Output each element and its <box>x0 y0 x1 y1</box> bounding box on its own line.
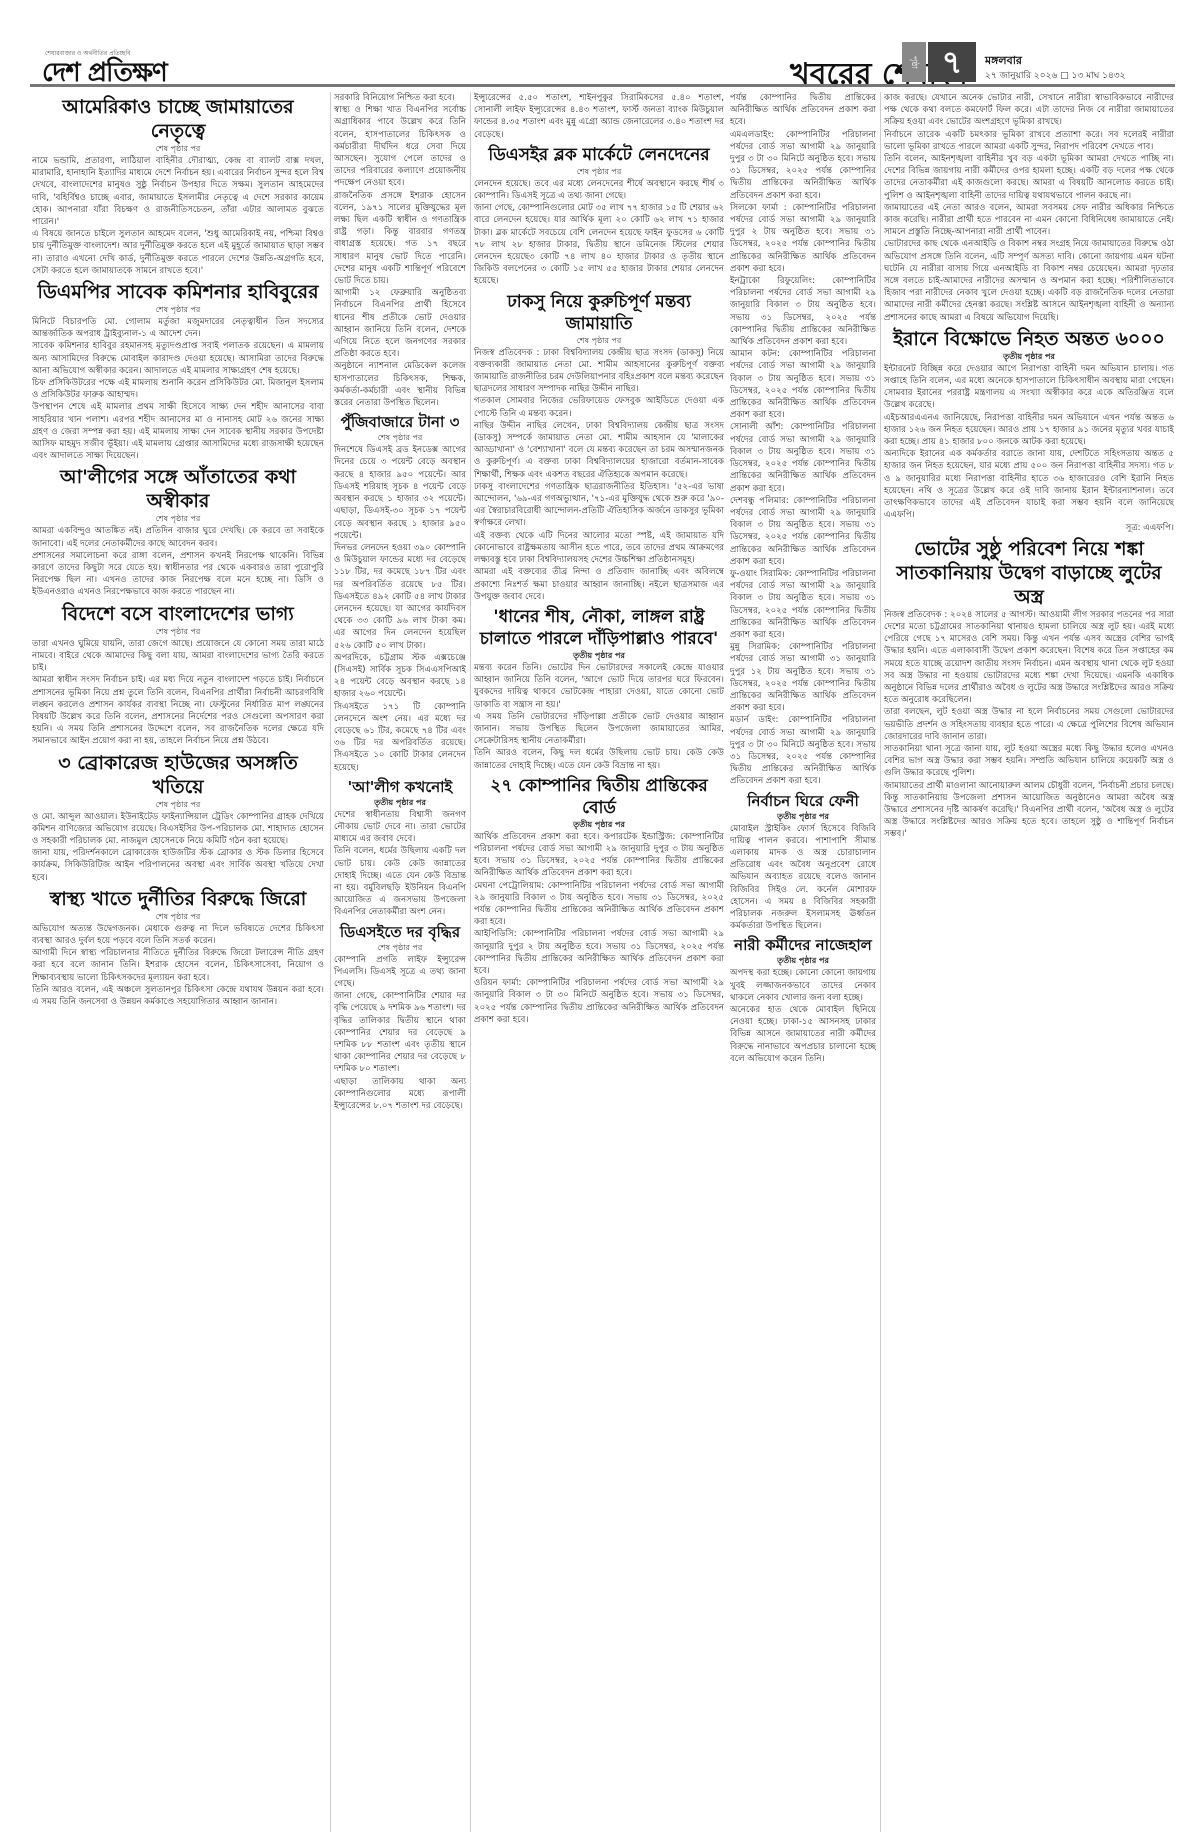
paragraph: কোম্পানি প্রগতি লাইফ ইন্স্যুরেন্স পিএলসি… <box>334 954 466 991</box>
paragraph: সোনালী আঁশ: কোম্পানিটির পরিচালনা পর্ষদের… <box>730 421 876 494</box>
continued-label: শেষ পৃষ্ঠার পর <box>32 799 324 810</box>
headline: আমেরিকাও চাচ্ছে জামায়াতের নেতৃত্বে <box>32 95 324 143</box>
continued-label: তৃতীয় পৃষ্ঠার পর <box>474 819 724 830</box>
headline: নির্বাচন ঘিরে ফেনী <box>730 791 876 811</box>
paragraph: লেনদেন হয়েছে। তবে এর মধ্যে লেনদেনের শীর… <box>474 178 724 202</box>
article-health: স্বাস্থ্য খাতে দুর্নীতির বিরুদ্ধে জিরো শ… <box>32 887 324 1008</box>
column-4: পর্যন্ত কোম্পানির দ্বিতীয় প্রান্তিকের অ… <box>730 92 876 1837</box>
paragraph: ইন্টারনেট বিচ্ছিন্ন করে দেওয়ার আগে নিরা… <box>884 363 1174 412</box>
column-3: ইন্স্যুরেন্সের ৫.৫০ শতাংশ, শাইনপুকুর সির… <box>474 92 724 1837</box>
paragraph: গতকাল সোমবার নিজের ভেরিফায়েড ফেসবুক আইড… <box>474 395 724 419</box>
continued-label: শেষ পৃষ্ঠার পর <box>474 335 724 346</box>
continued-label: শেষ পৃষ্ঠার পর <box>32 143 324 154</box>
headline: বিদেশে বসে বাংলাদেশের ভাগ্য <box>32 602 324 626</box>
article-satkania: ভোটের সুষ্ঠু পরিবেশ নিয়ে শঙ্কা সাতকানিয… <box>884 537 1174 841</box>
paragraph: দেশের স্বাধীনতায় বিশ্বাসী জনগণ নৌকায় ভ… <box>334 809 466 846</box>
paragraph: নিজস্ব প্রতিবেদক : ২০২৪ সালের ৫ আগস্ট। আ… <box>884 609 1174 707</box>
page-number: ৭ <box>928 42 976 82</box>
paragraph: এ সময় তিনি ভোটারদের দাঁড়িপাল্লা প্রতীক… <box>474 711 724 748</box>
paragraph: প্রশাসনের সমালোচনা করে রাঙ্গা বলেন, প্রশ… <box>32 550 324 599</box>
continued-label: শেষ পৃষ্ঠার পর <box>32 911 324 922</box>
continued-label: শেষ পৃষ্ঠার পর <box>334 432 466 443</box>
paragraph: মোবাইল স্ট্রাইকিং ফোর্স হিসেবে বিজিবি দা… <box>730 823 876 933</box>
article-company-notices: পর্যন্ত কোম্পানির দ্বিতীয় প্রান্তিকের অ… <box>730 92 876 788</box>
article-dse-top: ইন্স্যুরেন্সের ৫.৫০ শতাংশ, শাইনপুকুর সির… <box>474 92 724 141</box>
headline: ২৭ কোম্পানির দ্বিতীয় প্রান্তিকের বোর্ড <box>474 775 724 819</box>
article-paddy: 'ধানের শীষ, নৌকা, লাঙ্গল রাষ্ট্র চালাতে … <box>474 606 724 772</box>
headline: স্বাস্থ্য খাতে দুর্নীতির বিরুদ্ধে জিরো <box>32 887 324 911</box>
paragraph: অপদস্থ করা হচ্ছে। কোনো কোনো জায়গায় খুব… <box>730 967 876 1004</box>
paragraph: দিনশেষে ডিএসই ব্রড ইনডেক্স আগের দিনের চে… <box>334 444 466 542</box>
article-women: নারী কর্মীদের নাজেহাল তৃতীয় পৃষ্ঠার পর … <box>730 935 876 1065</box>
paragraph: মিনিটে বিচারপতি মো. গোলাম মর্তুজা মজুমদা… <box>32 316 324 340</box>
headline: ৩ ব্রোকারেজ হাউজের অসঙ্গতি খতিয়ে <box>32 751 324 799</box>
column-1: আমেরিকাও চাচ্ছে জামায়াতের নেতৃত্বে শেষ … <box>32 92 324 1837</box>
paragraph: তিনি আরও বলেন, কিছু দল ধর্মের উছিলায় ভো… <box>474 747 724 771</box>
continued-label: তৃতীয় পৃষ্ঠার পর <box>884 351 1174 362</box>
article-bnp-continued: সরকারি বিনিয়োগ নিশ্চিত করা হবে। স্বাস্থ… <box>334 92 466 409</box>
continued-label: তৃতীয় পৃষ্ঠার পর <box>730 955 876 966</box>
headline-secondary: সাতকানিয়ায় উদ্বেগ বাড়াচ্ছে লুটের অস্ত… <box>884 561 1174 609</box>
paragraph: উপস্থাপন শেষে এই মামলার প্রথম সাক্ষী হিস… <box>32 401 324 462</box>
column-divider <box>470 92 471 1832</box>
continued-label: শেষ পৃষ্ঠার পর <box>334 942 466 953</box>
paragraph: স্বাস্থ্য ও শিক্ষা খাত বিএনপির সর্বোচ্চ … <box>334 104 466 189</box>
paragraph: ওরিয়ন ফার্মা: কোম্পানিটির পরিচালনা পর্ষ… <box>474 977 724 1026</box>
newspaper-logo: দেশ প্রতিক্ষণ <box>42 52 167 96</box>
continued-label: শেষ পৃষ্ঠার পর <box>32 304 324 315</box>
paragraph: জামায়াতের এই নেতা আরও বলেন, আমরা সবসময়… <box>884 202 1174 239</box>
paragraph: নির্বাচনে তারেক একটি চমৎকার ভূমিকা রাখবে… <box>884 129 1174 153</box>
paragraph: জানা গেছে, কোম্পানিটির শেয়ার দর বৃদ্ধি … <box>334 990 466 1075</box>
paragraph: সিএসইতে ১৭১ টি কোম্পানি লেনদেনে অংশ নেয়… <box>334 701 466 774</box>
paragraph: মেঘনা পেট্রোলিয়াম: কোম্পানিটির পরিচালনা… <box>474 880 724 929</box>
paragraph: মডার্ন ডাইং: কোম্পানিটির পরিচালনা পর্ষদে… <box>730 714 876 787</box>
article-dse-rise: ডিএসইতে দর বৃদ্ধির শেষ পৃষ্ঠার পর কোম্পা… <box>334 922 466 1113</box>
paragraph: ইন্স্যুরেন্সের ৫.৫০ শতাংশ, শাইনপুকুর সির… <box>474 92 724 141</box>
paragraph: জামায়াতের প্রার্থী মাওলানা আনোয়ারুল আল… <box>884 780 1174 841</box>
article-bidesh: বিদেশে বসে বাংলাদেশের ভাগ্য শেষ পৃষ্ঠার … <box>32 602 324 748</box>
column-divider <box>880 92 881 1832</box>
article-al-cannot: 'আ'লীগ কখনোই তৃতীয় পৃষ্ঠার পর দেশের স্ব… <box>334 777 466 919</box>
source-credit: সূত্র: এএফপি। <box>884 522 1174 534</box>
paragraph: চিফ প্রসিকিউটরের পক্ষে এই মামলায় শুনানি… <box>32 377 324 401</box>
paragraph: জানা গেছে, কোম্পানিগুলোর মোট ৩৫ লাখ ৭৭ হ… <box>474 202 724 287</box>
paragraph: কাজ করছে। যেখানে অনেক ভোটার নারী, সেখানে… <box>884 92 1174 129</box>
article-second-quarter: ২৭ কোম্পানির দ্বিতীয় প্রান্তিকের বোর্ড … <box>474 775 724 1026</box>
paragraph: অনুষ্ঠানে ন্যাশনাল মেডিকেল কলেজ হাসপাতাল… <box>334 360 466 409</box>
paragraph: সরকারি বিনিয়োগ নিশ্চিত করা হবে। <box>334 92 466 104</box>
paragraph: আমরা একবিন্দুও আতঙ্কিত নই। প্রতিদিন বাজা… <box>32 525 324 549</box>
article-women-right: কাজ করছে। যেখানে অনেক ভোটার নারী, সেখানে… <box>884 92 1174 324</box>
paragraph: দিনভর লেনদেন হওয়া ৩৯০ কোম্পানি ও মিউচুয… <box>334 542 466 652</box>
continued-label: শেষ পৃষ্ঠার পর <box>32 513 324 524</box>
paragraph: এই বক্তব্য থেকে এটি দিনের আলোর মতো স্পষ্… <box>474 530 724 567</box>
column-divider <box>330 92 331 1832</box>
paragraph: ইনট্রাকো রিফুয়েলিং: কোম্পানিটির পরিচালন… <box>730 275 876 348</box>
article-dhaka-univ: ঢাকসু নিয়ে কুরুচিপূর্ণ মন্তব্য জামায়াত… <box>474 291 724 603</box>
continued-label: শেষ পৃষ্ঠার পর <box>474 166 724 177</box>
paragraph: ও মো. আব্দুল আওয়াল। ইউনাইটেড ফাইন্যান্স… <box>32 811 324 848</box>
paragraph: অন্যদিকে ইরানের এক কর্মকর্তার বরাতে জানা… <box>884 448 1174 521</box>
article-feni: নির্বাচন ঘিরে ফেনী তৃতীয় পৃষ্ঠার পর মোব… <box>730 791 876 933</box>
masthead: শেয়ারবাজার ও অর্থনীতির প্রতিচ্ছবি দেশ প… <box>0 0 1200 80</box>
paragraph: অভিযোগ অত্যন্ত উদ্বেগজনক। মেধাকে গুরুত্ব… <box>32 923 324 947</box>
paragraph: নিজস্ব প্রতিবেদক : ঢাকা বিশ্ববিদ্যালয় ক… <box>474 347 724 396</box>
headline: ইরানে বিক্ষোভে নিহত অন্তত ৬০০০ <box>884 327 1174 351</box>
headline: ডিএমপির সাবেক কমিশনার হাবিবুরের <box>32 280 324 304</box>
paragraph: নামে ভন্ডামি, প্রতারণা, লাঠিয়াল বাহিনীর… <box>32 155 324 228</box>
continued-label: তৃতীয় পৃষ্ঠার পর <box>474 650 724 661</box>
masthead-rule <box>30 84 1175 87</box>
paragraph: আমরা স্বাধীন সংসদ নির্বাচন চাই। এর মধ্য … <box>32 674 324 747</box>
headline: 'ধানের শীষ, নৌকা, লাঙ্গল রাষ্ট্র চালাতে … <box>474 606 724 650</box>
paragraph: জানা যায়, পরিদর্শনকালে ব্রোকারেজ হাউজটি… <box>32 847 324 884</box>
paragraph: আগামী ১২ ফেব্রুয়ারি অনুষ্ঠিতব্য নির্বাচ… <box>334 287 466 360</box>
headline: ভোটের সুষ্ঠু পরিবেশ নিয়ে শঙ্কা <box>884 537 1174 561</box>
article-dmp: ডিএমপির সাবেক কমিশনার হাবিবুরের শেষ পৃষ্… <box>32 280 324 462</box>
paragraph: তারা এখনও ঘুমিয়ে যায়নি, তারা জেগে আছে।… <box>32 638 324 675</box>
paragraph: মন্তব্য করেন তিনি। ভোটের দিন ভোটারদের সক… <box>474 662 724 711</box>
headline: ঢাকসু নিয়ে কুরুচিপূর্ণ মন্তব্য জামায়াত… <box>474 291 724 335</box>
paragraph: তিনি বলেন, আইনশৃঙ্খলা বাহিনীর খুব বড় এক… <box>884 153 1174 202</box>
paragraph: আমান কটন: কোম্পানিটির পরিচালনা পর্ষদের ব… <box>730 348 876 421</box>
paragraph: আর্থিক প্রতিবেদন প্রকাশ করা হবে। কপারটেক… <box>474 831 724 880</box>
headline: পুঁজিবাজারে টানা ৩ <box>334 412 466 432</box>
paragraph: সাবেক কমিশনার হাবিবুর রহমানসহ মৃত্যুদণ্ড… <box>32 340 324 377</box>
continued-label: শেষ পৃষ্ঠার পর <box>32 626 324 637</box>
paragraph: আগামী দিনে স্বাস্থ্য পরিচালনার নীতিতে দু… <box>32 947 324 984</box>
page-label: পৃষ্ঠা <box>902 42 926 82</box>
paragraph: অনেকের হাত থেকে মোবাইল ছিনিয়ে নেওয়া হচ… <box>730 1004 876 1065</box>
column-5: কাজ করছে। যেখানে অনেক ভোটার নারী, সেখানে… <box>884 92 1174 1837</box>
paragraph: দেশবন্ধু পলিমার: কোম্পানিটির পরিচালনা পর… <box>730 495 876 568</box>
paragraph: এমএলডাইং: কোম্পানিটির পরিচালনা পর্ষদের ব… <box>730 129 876 202</box>
article-america: আমেরিকাও চাচ্ছে জামায়াতের নেতৃত্বে শেষ … <box>32 95 324 277</box>
paragraph: সিলকো ফার্মা : কোম্পানিটির পরিচালনা পর্ষ… <box>730 202 876 275</box>
article-broker: ৩ ব্রোকারেজ হাউজের অসঙ্গতি খতিয়ে শেষ পৃ… <box>32 751 324 884</box>
article-awami: আ'লীগের সঙ্গে আঁতাতের কথা অস্বীকার শেষ প… <box>32 465 324 598</box>
article-block-market: ডিএসইর ব্লক মার্কেটে লেনদেনের শেষ পৃষ্ঠা… <box>474 144 724 288</box>
headline: আ'লীগের সঙ্গে আঁতাতের কথা অস্বীকার <box>32 465 324 513</box>
headline: ডিএসইতে দর বৃদ্ধির <box>334 922 466 942</box>
paragraph: ভোটারদের কাছ থেকে এনআইডি ও বিকাশ নম্বর স… <box>884 238 1174 323</box>
paragraph: আমরা এই বক্তব্যের তীব্র নিন্দা ও প্রতিবা… <box>474 566 724 603</box>
paragraph: তারা বলছেন, লুট হওয়া অস্ত্র উদ্ধার না হ… <box>884 706 1174 743</box>
headline: নারী কর্মীদের নাজেহাল <box>730 935 876 955</box>
paragraph: পর্যন্ত কোম্পানির দ্বিতীয় প্রান্তিকের অ… <box>730 92 876 129</box>
paragraph: মুন্নু সিরামিক: কোম্পানিটির পরিচালনা পর্… <box>730 641 876 714</box>
headline: ডিএসইর ব্লক মার্কেটে লেনদেনের <box>474 144 724 166</box>
paragraph: এ বিষয়ে জানতে চাইলে সুলতান আহমেদ বলেন, … <box>32 228 324 277</box>
paragraph: ঢাকসু বাংলাদেশের গণতান্ত্রিক ছাত্ররাজনীত… <box>474 481 724 530</box>
headline: 'আ'লীগ কখনোই <box>334 777 466 797</box>
paragraph: তিনি বলেন, ধর্মের উছিলায় একটি দল ভোট চা… <box>334 845 466 918</box>
paragraph: আইপিডিসি: কোম্পানিটির পরিচালনা পর্ষদের ব… <box>474 928 724 977</box>
paragraph: রাজনৈতিক প্রসঙ্গে ইশরাক হোসেন বলেন, ১৯৭১… <box>334 190 466 288</box>
column-2: সরকারি বিনিয়োগ নিশ্চিত করা হবে। স্বাস্থ… <box>334 92 466 1837</box>
paragraph: এইচআরএএনএ জানিয়েছে, নিরাপত্তা বাহিনীর দ… <box>884 412 1174 449</box>
continued-label: তৃতীয় পৃষ্ঠার পর <box>730 811 876 822</box>
paragraph: অপরদিকে, চট্টগ্রাম স্টক এক্সচেঞ্জে (সিএস… <box>334 652 466 701</box>
paragraph: এছাড়া তালিকায় থাকা অন্য কোম্পানিগুলোর … <box>334 1076 466 1113</box>
article-iran: ইরানে বিক্ষোভে নিহত অন্তত ৬০০০ তৃতীয় পৃ… <box>884 327 1174 534</box>
article-punjibazar: পুঁজিবাজারে টানা ৩ শেষ পৃষ্ঠার পর দিনশেষ… <box>334 412 466 773</box>
continued-label: তৃতীয় পৃষ্ঠার পর <box>334 797 466 808</box>
date-line: ২৭ জানুয়ারি ২০২৬ □ ১৩ মাঘ ১৪৩২ <box>985 68 1126 83</box>
paragraph: তিনি আরও বলেন, এই অঞ্চলে সুলতানপুর চিকিৎ… <box>32 984 324 1008</box>
paragraph: ফু-ওয়াং সিরামিক: কোম্পানিটির পরিচালনা প… <box>730 568 876 641</box>
paragraph: সাতকানিয়া থানা সূত্রে জানা যায়, লুট হও… <box>884 743 1174 780</box>
paragraph: নাছির উদ্দীন নাছির লেখেন, ঢাকা বিশ্ববিদ্… <box>474 420 724 481</box>
